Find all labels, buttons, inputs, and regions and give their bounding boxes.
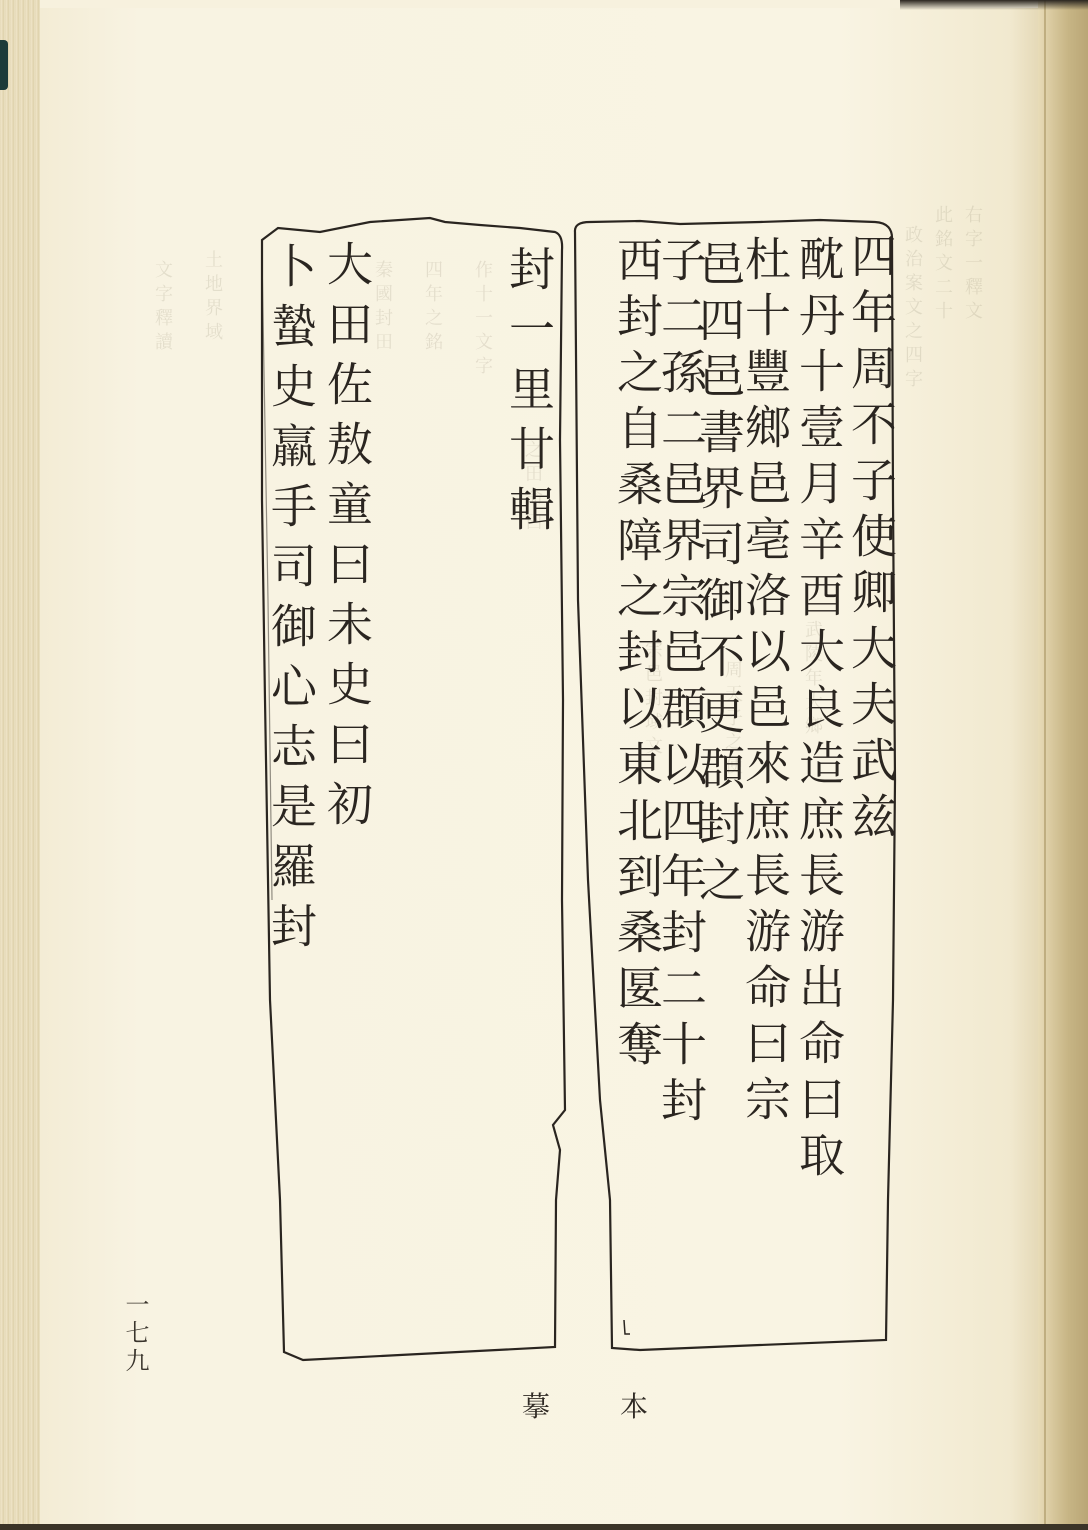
caption-char-ben: 本: [620, 1385, 648, 1425]
right-rubbing-column-2: 酖丹十壹月辛酉大良造庶長游出命曰取: [790, 235, 848, 1335]
left-rubbing-column-2: 大田佐敖童曰未史曰初: [318, 240, 376, 1240]
right-rubbing-column-1: 四年周不子使卿大夫武兹: [842, 232, 900, 1332]
caption-char-mo: 摹: [522, 1385, 550, 1425]
left-rubbing-column-1: 封一里廿輯: [500, 245, 558, 645]
rubbing-outlines: [0, 0, 1088, 1530]
left-rubbing-column-3: 卜蟄史羸手司御心志是羅封: [262, 242, 320, 1242]
right-rubbing-column-6: 西封之自桑障之封以東北到桑匽奪: [608, 236, 666, 1336]
page-number: 一七九: [118, 1292, 153, 1376]
